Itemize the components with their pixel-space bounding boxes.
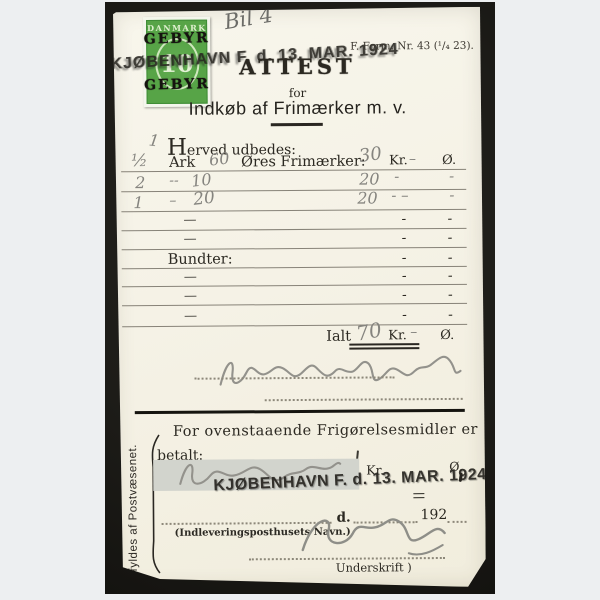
order-row-8: — - - (112, 7, 482, 10)
gebyr-overprint-top: GEBYR (143, 30, 210, 48)
ore-dash: - (447, 211, 452, 227)
qty-handwritten: ½ (131, 151, 148, 171)
bundter-label: Bundter: (168, 251, 233, 267)
sidebar-rotated-label: Udfyldes af Postvæsenet. (127, 429, 140, 587)
kr-dash: - (402, 287, 407, 303)
row-rule (121, 209, 466, 212)
order-row-bundter: Bundter: - - (112, 7, 482, 10)
kr-dash: - (402, 230, 407, 246)
row-rule (122, 303, 467, 306)
qty-handwritten: 2 (135, 173, 145, 192)
ditto-mark: — (184, 289, 197, 304)
ditto-mark: -- (169, 173, 179, 189)
section-rule (135, 409, 465, 414)
ore-dash: - (448, 230, 453, 246)
order-row-1: ½ Ark 60 Øres Frimærker: 30 Kr. – Ø. (112, 7, 482, 10)
order-row-3: 1 – 20 20 - – - (112, 7, 482, 10)
ditto-mark: — (184, 270, 197, 285)
value-handwritten: 20 (192, 188, 216, 210)
pencil-note: Bil 4 (222, 3, 274, 35)
form-subtitle: Indkøb af Frimærker m. v. (153, 97, 443, 120)
ditto-mark: — (184, 309, 197, 324)
ore-label: Ø. (440, 328, 454, 343)
ditto-mark: — (183, 213, 196, 228)
ore-dash: - (448, 307, 453, 323)
kr-dash: - (402, 307, 407, 323)
ditto-mark: — (184, 232, 197, 247)
title-divider (271, 123, 323, 126)
row-label: Øres Frimærker: (241, 154, 366, 171)
order-row-2: 2 -- 10 20 - - (112, 7, 482, 10)
total-row: Ialt 70 Kr. – Ø. (112, 7, 482, 10)
form-number: F. Form. Nr. 43 (¹/₄ 23). (350, 40, 474, 53)
handwriting-signature (290, 507, 450, 560)
kr-dash: - (402, 268, 407, 284)
signature-label: Underskrift ) (336, 560, 412, 575)
value-handwritten: 60 (208, 148, 230, 169)
amount-handwritten: 30 (358, 143, 384, 167)
postmark-underline-mark (413, 493, 424, 498)
kr-dash: - – (391, 186, 408, 204)
ditto-mark: – (169, 193, 176, 209)
handwriting-squiggle-note (214, 343, 464, 395)
ore-dash: - (448, 287, 453, 303)
kr-pencil-dash: – (410, 324, 417, 340)
photo-background: DANMARK 10 GEBYR GEBYR Bil 4 KJØBENHAVN … (105, 2, 495, 594)
kr-label: Kr. (389, 153, 408, 168)
amount-handwritten: 20 (357, 188, 377, 207)
ore-dash: - (448, 250, 453, 266)
payment-statement: For ovenstaaende Frigørelsesmidler er (173, 422, 459, 440)
amount-handwritten: 20 (359, 169, 379, 188)
gebyr-overprint-bottom: GEBYR (143, 76, 210, 94)
attest-form-paper: DANMARK 10 GEBYR GEBYR Bil 4 KJØBENHAVN … (112, 7, 486, 590)
total-label: Ialt (326, 329, 351, 345)
kr-dash: - (394, 167, 399, 185)
ore-dash: - (448, 268, 453, 284)
order-row-9: — - - (112, 7, 482, 10)
order-row-7: — - - (112, 7, 482, 10)
qty-handwritten: 1 (133, 193, 143, 212)
total-amount-handwritten: 70 (354, 317, 383, 345)
order-row-5: — - - (112, 7, 482, 10)
row-rule (122, 228, 467, 231)
kr-pencil-dash: – (409, 151, 416, 167)
row-rule (122, 247, 467, 250)
order-row-4: — - - (112, 7, 482, 10)
kr-dash: - (402, 250, 407, 266)
ore-dash: - (449, 186, 454, 204)
row-rule (121, 189, 466, 192)
pencil-tick: 1 (148, 130, 161, 150)
form-title: ATTEST (222, 53, 372, 79)
unit-label: Ark (169, 155, 195, 171)
kr-label: Kr. (388, 328, 407, 343)
ore-label: Ø. (442, 153, 456, 168)
kr-dash: - (401, 211, 406, 227)
row-rule (122, 284, 467, 287)
ore-dash: - (449, 167, 454, 185)
dotted-line-note-2 (265, 397, 463, 401)
